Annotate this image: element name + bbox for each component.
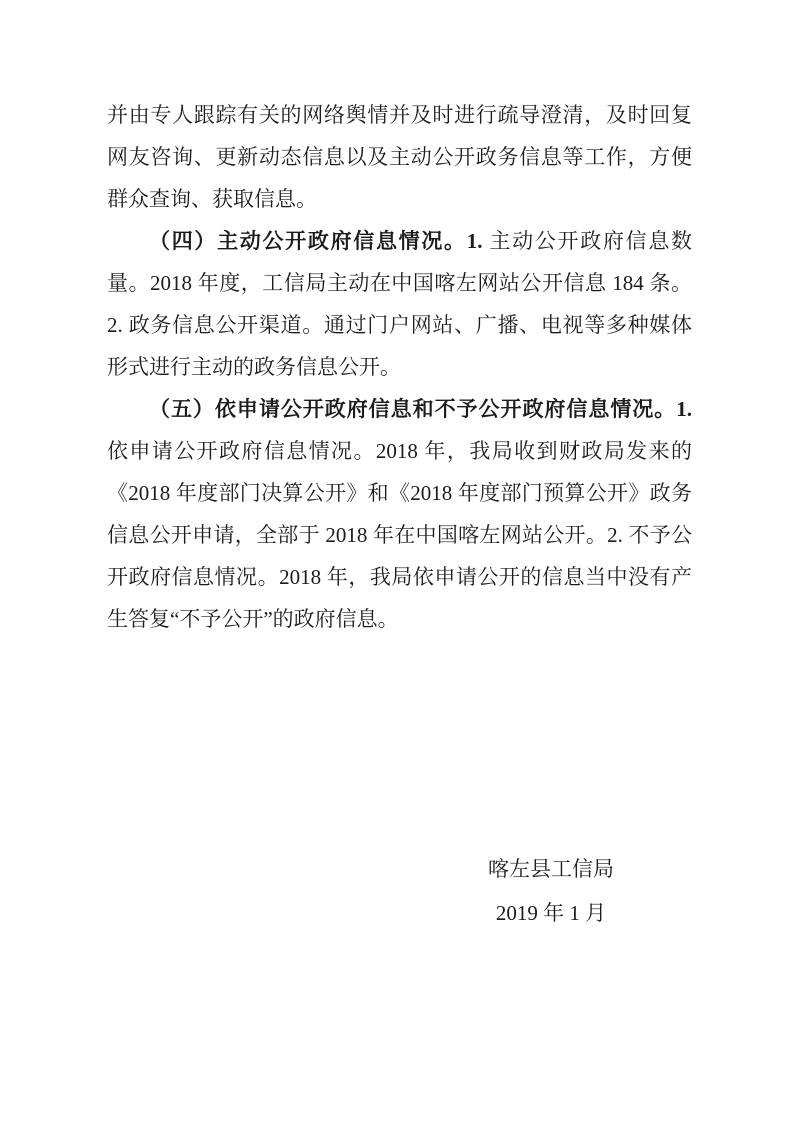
section-4-heading: （四）主动公开政府信息情况。1. <box>149 229 483 253</box>
section-5-body-text: 依申请公开政府信息情况。2018 年，我局收到财政局发来的《2018 年度部门决… <box>107 439 692 631</box>
signature-org: 喀左县工信局 <box>441 847 661 891</box>
section-5-heading: （五）依申请公开政府信息和不予公开政府信息情况。1. <box>149 397 692 421</box>
paragraph-text: 并由专人跟踪有关的网络舆情并及时进行疏导澄清，及时回复网友咨询、更新动态信息以及… <box>107 103 692 211</box>
paragraph-continuation: 并由专人跟踪有关的网络舆情并及时进行疏导澄清，及时回复网友咨询、更新动态信息以及… <box>107 94 692 220</box>
signature-block: 喀左县工信局 2019 年 1 月 <box>441 847 661 935</box>
paragraph-section-4: （四）主动公开政府信息情况。1. 主动公开政府信息数量。2018 年度，工信局主… <box>107 220 692 388</box>
paragraph-section-5: （五）依申请公开政府信息和不予公开政府信息情况。1. 依申请公开政府信息情况。2… <box>107 388 692 640</box>
document-page: 并由专人跟踪有关的网络舆情并及时进行疏导澄清，及时回复网友咨询、更新动态信息以及… <box>0 0 800 1130</box>
signature-date: 2019 年 1 月 <box>441 891 661 935</box>
